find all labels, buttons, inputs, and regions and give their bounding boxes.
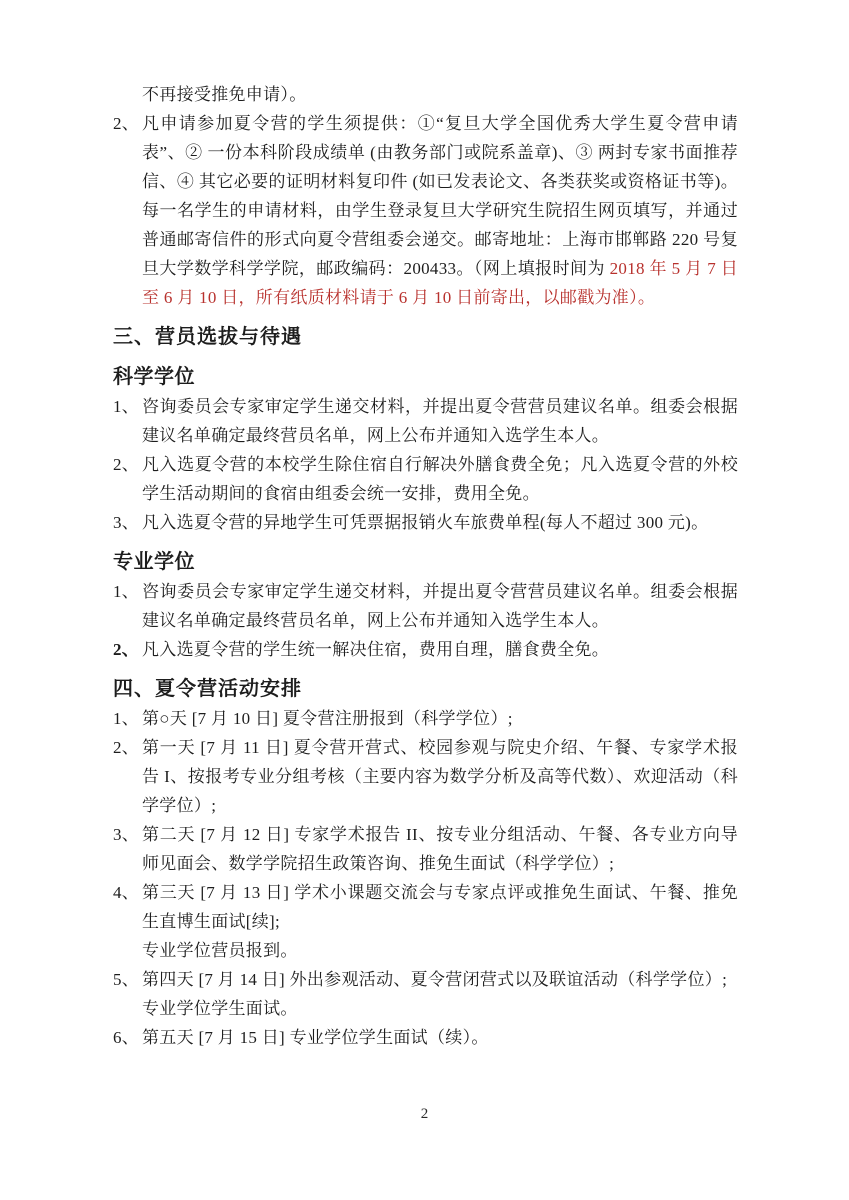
professional-item-2: 2、 凡入选夏令营的学生统一解决住宿，费用自理，膳食费全免。 (113, 635, 738, 664)
professional-item-1: 1、 咨询委员会专家审定学生递交材料，并提出夏令营营员建议名单。组委会根据建议名… (113, 577, 738, 635)
application-materials-text: 凡申请参加夏令营的学生须提供：①“复旦大学全国优秀大学生夏令营申请表”、② 一份… (142, 114, 738, 278)
item-number: 5、 (113, 965, 139, 994)
science-item-2: 2、 凡入选夏令营的本校学生除住宿自行解决外膳食费全免；凡入选夏令营的外校学生活… (113, 450, 738, 508)
document-page: 不再接受推免申请）。 2、 凡申请参加夏令营的学生须提供：①“复旦大学全国优秀大… (0, 0, 849, 1200)
item-number: 1、 (113, 392, 139, 421)
professional-item-1-text: 咨询委员会专家审定学生递交材料，并提出夏令营营员建议名单。组委会根据建议名单确定… (142, 582, 738, 630)
item-number: 2、 (113, 733, 139, 762)
schedule-day-3-text: 第三天 [7 月 13 日] 学术小课题交流会与专家点评或推免生面试、午餐、推免… (142, 883, 738, 931)
item-number: 4、 (113, 878, 139, 907)
professional-item-2-text: 凡入选夏令营的学生统一解决住宿，费用自理，膳食费全免。 (142, 640, 609, 659)
schedule-day-5: 6、 第五天 [7 月 15 日] 专业学位学生面试（续）。 (113, 1023, 738, 1052)
science-item-1-text: 咨询委员会专家审定学生递交材料，并提出夏令营营员建议名单。组委会根据建议名单确定… (142, 397, 738, 445)
schedule-day-3: 4、 第三天 [7 月 13 日] 学术小课题交流会与专家点评或推免生面试、午餐… (113, 878, 738, 965)
science-item-2-text: 凡入选夏令营的本校学生除住宿自行解决外膳食费全免；凡入选夏令营的外校学生活动期间… (142, 455, 738, 503)
schedule-day-4-text: 第四天 [7 月 14 日] 外出参观活动、夏令营闭营式以及联谊活动（科学学位）… (142, 970, 727, 989)
page-content: 不再接受推免申请）。 2、 凡申请参加夏令营的学生须提供：①“复旦大学全国优秀大… (113, 80, 738, 1052)
schedule-day-1-text: 第一天 [7 月 11 日] 夏令营开营式、校园参观与院史介绍、午餐、专家学术报… (142, 738, 738, 815)
item-number: 1、 (113, 704, 139, 733)
science-item-1: 1、 咨询委员会专家审定学生递交材料，并提出夏令营营员建议名单。组委会根据建议名… (113, 392, 738, 450)
schedule-day-0: 1、 第○天 [7 月 10 日] 夏令营注册报到（科学学位）; (113, 704, 738, 733)
item-number: 6、 (113, 1023, 139, 1052)
schedule-day-0-text: 第○天 [7 月 10 日] 夏令营注册报到（科学学位）; (142, 709, 513, 728)
section4-heading: 四、夏令营活动安排 (113, 675, 738, 704)
schedule-day-2-text: 第二天 [7 月 12 日] 专家学术报告 II、按专业分组活动、午餐、各专业方… (142, 825, 738, 873)
page-number: 2 (0, 1106, 849, 1123)
schedule-day-4: 5、 第四天 [7 月 14 日] 外出参观活动、夏令营闭营式以及联谊活动（科学… (113, 965, 738, 1023)
item-number: 2、 (113, 450, 139, 479)
carryover-line: 不再接受推免申请）。 (113, 80, 738, 109)
science-degree-subheading: 科学学位 (113, 363, 738, 392)
application-materials-item: 2、 凡申请参加夏令营的学生须提供：①“复旦大学全国优秀大学生夏令营申请表”、②… (113, 109, 738, 312)
item-number: 3、 (113, 508, 139, 537)
science-item-3: 3、 凡入选夏令营的异地学生可凭票据报销火车旅费单程(每人不超过 300 元)。 (113, 508, 738, 537)
item-number: 2、 (113, 635, 139, 664)
schedule-day-4-extra: 专业学位学生面试。 (142, 994, 738, 1023)
item-number: 1、 (113, 577, 139, 606)
item-number: 3、 (113, 820, 139, 849)
schedule-day-5-text: 第五天 [7 月 15 日] 专业学位学生面试（续）。 (142, 1028, 489, 1047)
schedule-day-2: 3、 第二天 [7 月 12 日] 专家学术报告 II、按专业分组活动、午餐、各… (113, 820, 738, 878)
schedule-day-3-extra: 专业学位营员报到。 (142, 936, 738, 965)
item-number: 2、 (113, 109, 139, 138)
schedule-day-1: 2、 第一天 [7 月 11 日] 夏令营开营式、校园参观与院史介绍、午餐、专家… (113, 733, 738, 820)
professional-degree-subheading: 专业学位 (113, 548, 738, 577)
section3-heading: 三、营员选拔与待遇 (113, 323, 738, 352)
science-item-3-text: 凡入选夏令营的异地学生可凭票据报销火车旅费单程(每人不超过 300 元)。 (142, 513, 708, 532)
